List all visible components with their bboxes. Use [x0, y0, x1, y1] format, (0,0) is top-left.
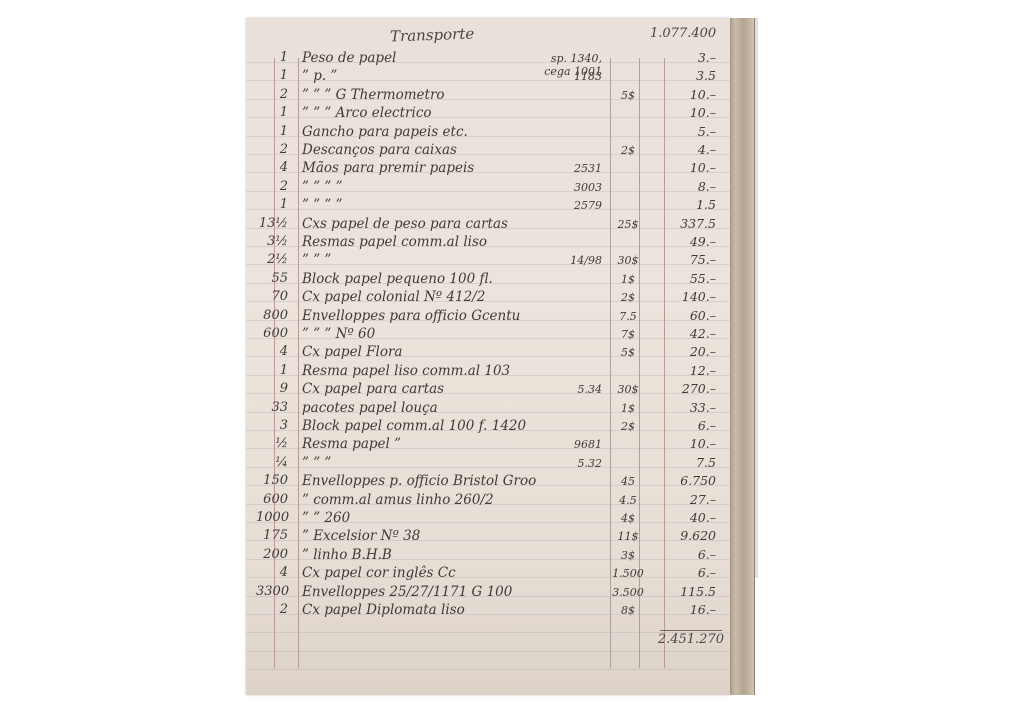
quantity-cell: 4	[256, 344, 288, 359]
amount-cell: 9.620	[646, 528, 716, 543]
amount-cell: 40.–	[646, 510, 716, 525]
carried-forward-amount: 1.077.400	[650, 26, 716, 41]
ledger-row: 600” comm.al amus linho 260/24.527.–	[246, 492, 730, 510]
ruled-line	[246, 669, 730, 670]
unit-price-cell: 2$	[611, 291, 645, 304]
reference-cell: 3003	[536, 181, 602, 194]
unit-price-cell: 1$	[611, 273, 645, 286]
ledger-row: 2Cx papel Diplomata liso8$16.–	[246, 602, 730, 620]
ledger-row: 1” ” ” Arco electrico10.–	[246, 105, 730, 123]
amount-cell: 3.5	[646, 68, 716, 83]
quantity-cell: 175	[256, 528, 288, 543]
amount-cell: 75.–	[646, 252, 716, 267]
amount-cell: 20.–	[646, 344, 716, 359]
quantity-cell: 2½	[256, 252, 288, 267]
ledger-row: 33pacotes papel louça1$33.–	[246, 400, 730, 418]
ledger-row: 70Cx papel colonial Nº 412/22$140.–	[246, 289, 730, 307]
ledger-row: 1” ” ” ”25791.5	[246, 197, 730, 215]
amount-cell: 27.–	[646, 492, 716, 507]
quantity-cell: 3	[256, 418, 288, 433]
description-cell: ” ” 260	[302, 510, 602, 526]
amount-cell: 12.–	[646, 363, 716, 378]
ledger-row: 1Peso de papelsp. 1340, cega 10013.–	[246, 50, 730, 68]
reference-cell: 2531	[536, 162, 602, 175]
quantity-cell: 70	[256, 289, 288, 304]
amount-cell: 270.–	[646, 381, 716, 396]
ledger-row: ½Resma papel ”968110.–	[246, 436, 730, 454]
ruled-line	[246, 651, 730, 652]
unit-price-cell: 3.500	[611, 586, 645, 599]
ledger-row: 55Block papel pequeno 100 fl.1$55.–	[246, 271, 730, 289]
ledger-row: 150Envelloppes p. officio Bristol Groo45…	[246, 473, 730, 491]
ledger-row: 4Cx papel cor inglês Cc1.5006.–	[246, 565, 730, 583]
description-cell: ” comm.al amus linho 260/2	[302, 492, 602, 508]
description-cell: Envelloppes p. officio Bristol Groo	[302, 473, 602, 489]
quantity-cell: 600	[256, 326, 288, 341]
description-cell: Block papel comm.al 100 f. 1420	[302, 418, 602, 434]
description-cell: ” Excelsior Nº 38	[302, 528, 602, 544]
reference-cell: 14/98	[536, 254, 602, 267]
quantity-cell: 9	[256, 381, 288, 396]
ledger-row: 3Block papel comm.al 100 f. 14202$6.–	[246, 418, 730, 436]
amount-cell: 3.–	[646, 50, 716, 65]
unit-price-cell: 2$	[611, 144, 645, 157]
ledger-row: 2½” ” ”14/9830$75.–	[246, 252, 730, 270]
description-cell: Resma papel liso comm.al 103	[302, 363, 602, 379]
unit-price-cell: 30$	[611, 383, 645, 396]
description-cell: Cxs papel de peso para cartas	[302, 216, 602, 232]
unit-price-cell: 8$	[611, 604, 645, 617]
quantity-cell: 2	[256, 87, 288, 102]
amount-cell: 10.–	[646, 160, 716, 175]
ledger-row: 2” ” ” G Thermometro5$10.–	[246, 87, 730, 105]
quantity-cell: 200	[256, 547, 288, 562]
quantity-cell: 3½	[256, 234, 288, 249]
unit-price-cell: 2$	[611, 420, 645, 433]
quantity-cell: 800	[256, 308, 288, 323]
amount-cell: 4.–	[646, 142, 716, 157]
quantity-cell: 33	[256, 400, 288, 415]
description-cell: Gancho para papeis etc.	[302, 124, 602, 140]
description-cell: Descanços para caixas	[302, 142, 602, 158]
total-underline	[660, 630, 722, 631]
quantity-cell: 1000	[256, 510, 288, 525]
quantity-cell: 1	[256, 68, 288, 83]
reference-cell: 1183	[536, 70, 602, 83]
amount-cell: 42.–	[646, 326, 716, 341]
reference-cell: 9681	[536, 438, 602, 451]
ledger-row: 3300Envelloppes 25/27/1171 G 1003.500115…	[246, 584, 730, 602]
ledger-row: 2” ” ” ”30038.–	[246, 179, 730, 197]
amount-cell: 337.5	[646, 216, 716, 231]
description-cell: Envelloppes 25/27/1171 G 100	[302, 584, 602, 600]
amount-cell: 6.750	[646, 473, 716, 488]
quantity-cell: 4	[256, 160, 288, 175]
ledger-row: 200” linho B.H.B3$6.–	[246, 547, 730, 565]
ledger-row: 600” ” ” Nº 607$42.–	[246, 326, 730, 344]
ledger-row: ¼” ” ”5.327.5	[246, 455, 730, 473]
amount-cell: 55.–	[646, 271, 716, 286]
quantity-cell: 2	[256, 602, 288, 617]
quantity-cell: 2	[256, 142, 288, 157]
description-cell: Block papel pequeno 100 fl.	[302, 271, 602, 287]
description-cell: Envelloppes para officio Gcentu	[302, 308, 602, 324]
ledger-row: 4Mãos para premir papeis253110.–	[246, 160, 730, 178]
amount-cell: 49.–	[646, 234, 716, 249]
unit-price-cell: 5$	[611, 346, 645, 359]
ledger-row: 175” Excelsior Nº 3811$9.620	[246, 528, 730, 546]
reference-cell: 5.34	[536, 383, 602, 396]
amount-cell: 10.–	[646, 436, 716, 451]
quantity-cell: ½	[256, 436, 288, 451]
amount-cell: 115.5	[646, 584, 716, 599]
unit-price-cell: 4$	[611, 512, 645, 525]
quantity-cell: 3300	[256, 584, 288, 599]
description-cell: ” ” ” Nº 60	[302, 326, 602, 342]
description-cell: Cx papel cor inglês Cc	[302, 565, 602, 581]
unit-price-cell: 7$	[611, 328, 645, 341]
ledger-row: 1000” ” 2604$40.–	[246, 510, 730, 528]
description-cell: ” ” ” Arco electrico	[302, 105, 602, 121]
quantity-cell: 55	[256, 271, 288, 286]
unit-price-cell: 1.500	[611, 567, 645, 580]
unit-price-cell: 5$	[611, 89, 645, 102]
amount-cell: 1.5	[646, 197, 716, 212]
ledger-row: 9Cx papel para cartas5.3430$270.–	[246, 381, 730, 399]
description-cell: ” ” ” G Thermometro	[302, 87, 602, 103]
description-cell: pacotes papel louça	[302, 400, 602, 416]
description-cell: Resmas papel comm.al liso	[302, 234, 602, 250]
amount-cell: 8.–	[646, 179, 716, 194]
ledger-row: 2Descanços para caixas2$4.–	[246, 142, 730, 160]
unit-price-cell: 30$	[611, 254, 645, 267]
quantity-cell: 2	[256, 179, 288, 194]
amount-cell: 6.–	[646, 547, 716, 562]
unit-price-cell: 7.5	[611, 310, 645, 323]
ledger-row: 4Cx papel Flora5$20.–	[246, 344, 730, 362]
ledger-row: 800Envelloppes para officio Gcentu7.560.…	[246, 308, 730, 326]
ledger-row: 1Resma papel liso comm.al 10312.–	[246, 363, 730, 381]
quantity-cell: 1	[256, 197, 288, 212]
description-cell: ” linho B.H.B	[302, 547, 602, 563]
ledger-page: Transporte 1.077.400 1Peso de papelsp. 1…	[246, 18, 730, 695]
unit-price-cell: 11$	[611, 530, 645, 543]
ledger-row: 3½Resmas papel comm.al liso49.–	[246, 234, 730, 252]
description-cell: Cx papel Flora	[302, 344, 602, 360]
description-cell: Cx papel colonial Nº 412/2	[302, 289, 602, 305]
quantity-cell: 4	[256, 565, 288, 580]
unit-price-cell: 1$	[611, 402, 645, 415]
ledger-row: 13½Cxs papel de peso para cartas25$337.5	[246, 216, 730, 234]
amount-cell: 140.–	[646, 289, 716, 304]
amount-cell: 16.–	[646, 602, 716, 617]
ledger-row: 1” p. ”11833.5	[246, 68, 730, 86]
quantity-cell: 600	[256, 492, 288, 507]
amount-cell: 6.–	[646, 418, 716, 433]
page-stack-edge	[728, 18, 755, 695]
reference-cell: 5.32	[536, 457, 602, 470]
page-heading: Transporte	[390, 25, 475, 46]
description-cell: Cx papel Diplomata liso	[302, 602, 602, 618]
amount-cell: 5.–	[646, 124, 716, 139]
quantity-cell: 13½	[256, 216, 288, 231]
quantity-cell: 150	[256, 473, 288, 488]
quantity-cell: 1	[256, 105, 288, 120]
page-total: 2.451.270	[650, 632, 724, 647]
unit-price-cell: 3$	[611, 549, 645, 562]
unit-price-cell: 4.5	[611, 494, 645, 507]
unit-price-cell: 25$	[611, 218, 645, 231]
amount-cell: 60.–	[646, 308, 716, 323]
quantity-cell: 1	[256, 124, 288, 139]
amount-cell: 33.–	[646, 400, 716, 415]
unit-price-cell: 45	[611, 475, 645, 488]
quantity-cell: 1	[256, 50, 288, 65]
amount-cell: 10.–	[646, 105, 716, 120]
ledger-row: 1Gancho para papeis etc.5.–	[246, 124, 730, 142]
reference-cell: 2579	[536, 199, 602, 212]
amount-cell: 10.–	[646, 87, 716, 102]
amount-cell: 7.5	[646, 455, 716, 470]
quantity-cell: ¼	[256, 455, 288, 470]
amount-cell: 6.–	[646, 565, 716, 580]
quantity-cell: 1	[256, 363, 288, 378]
